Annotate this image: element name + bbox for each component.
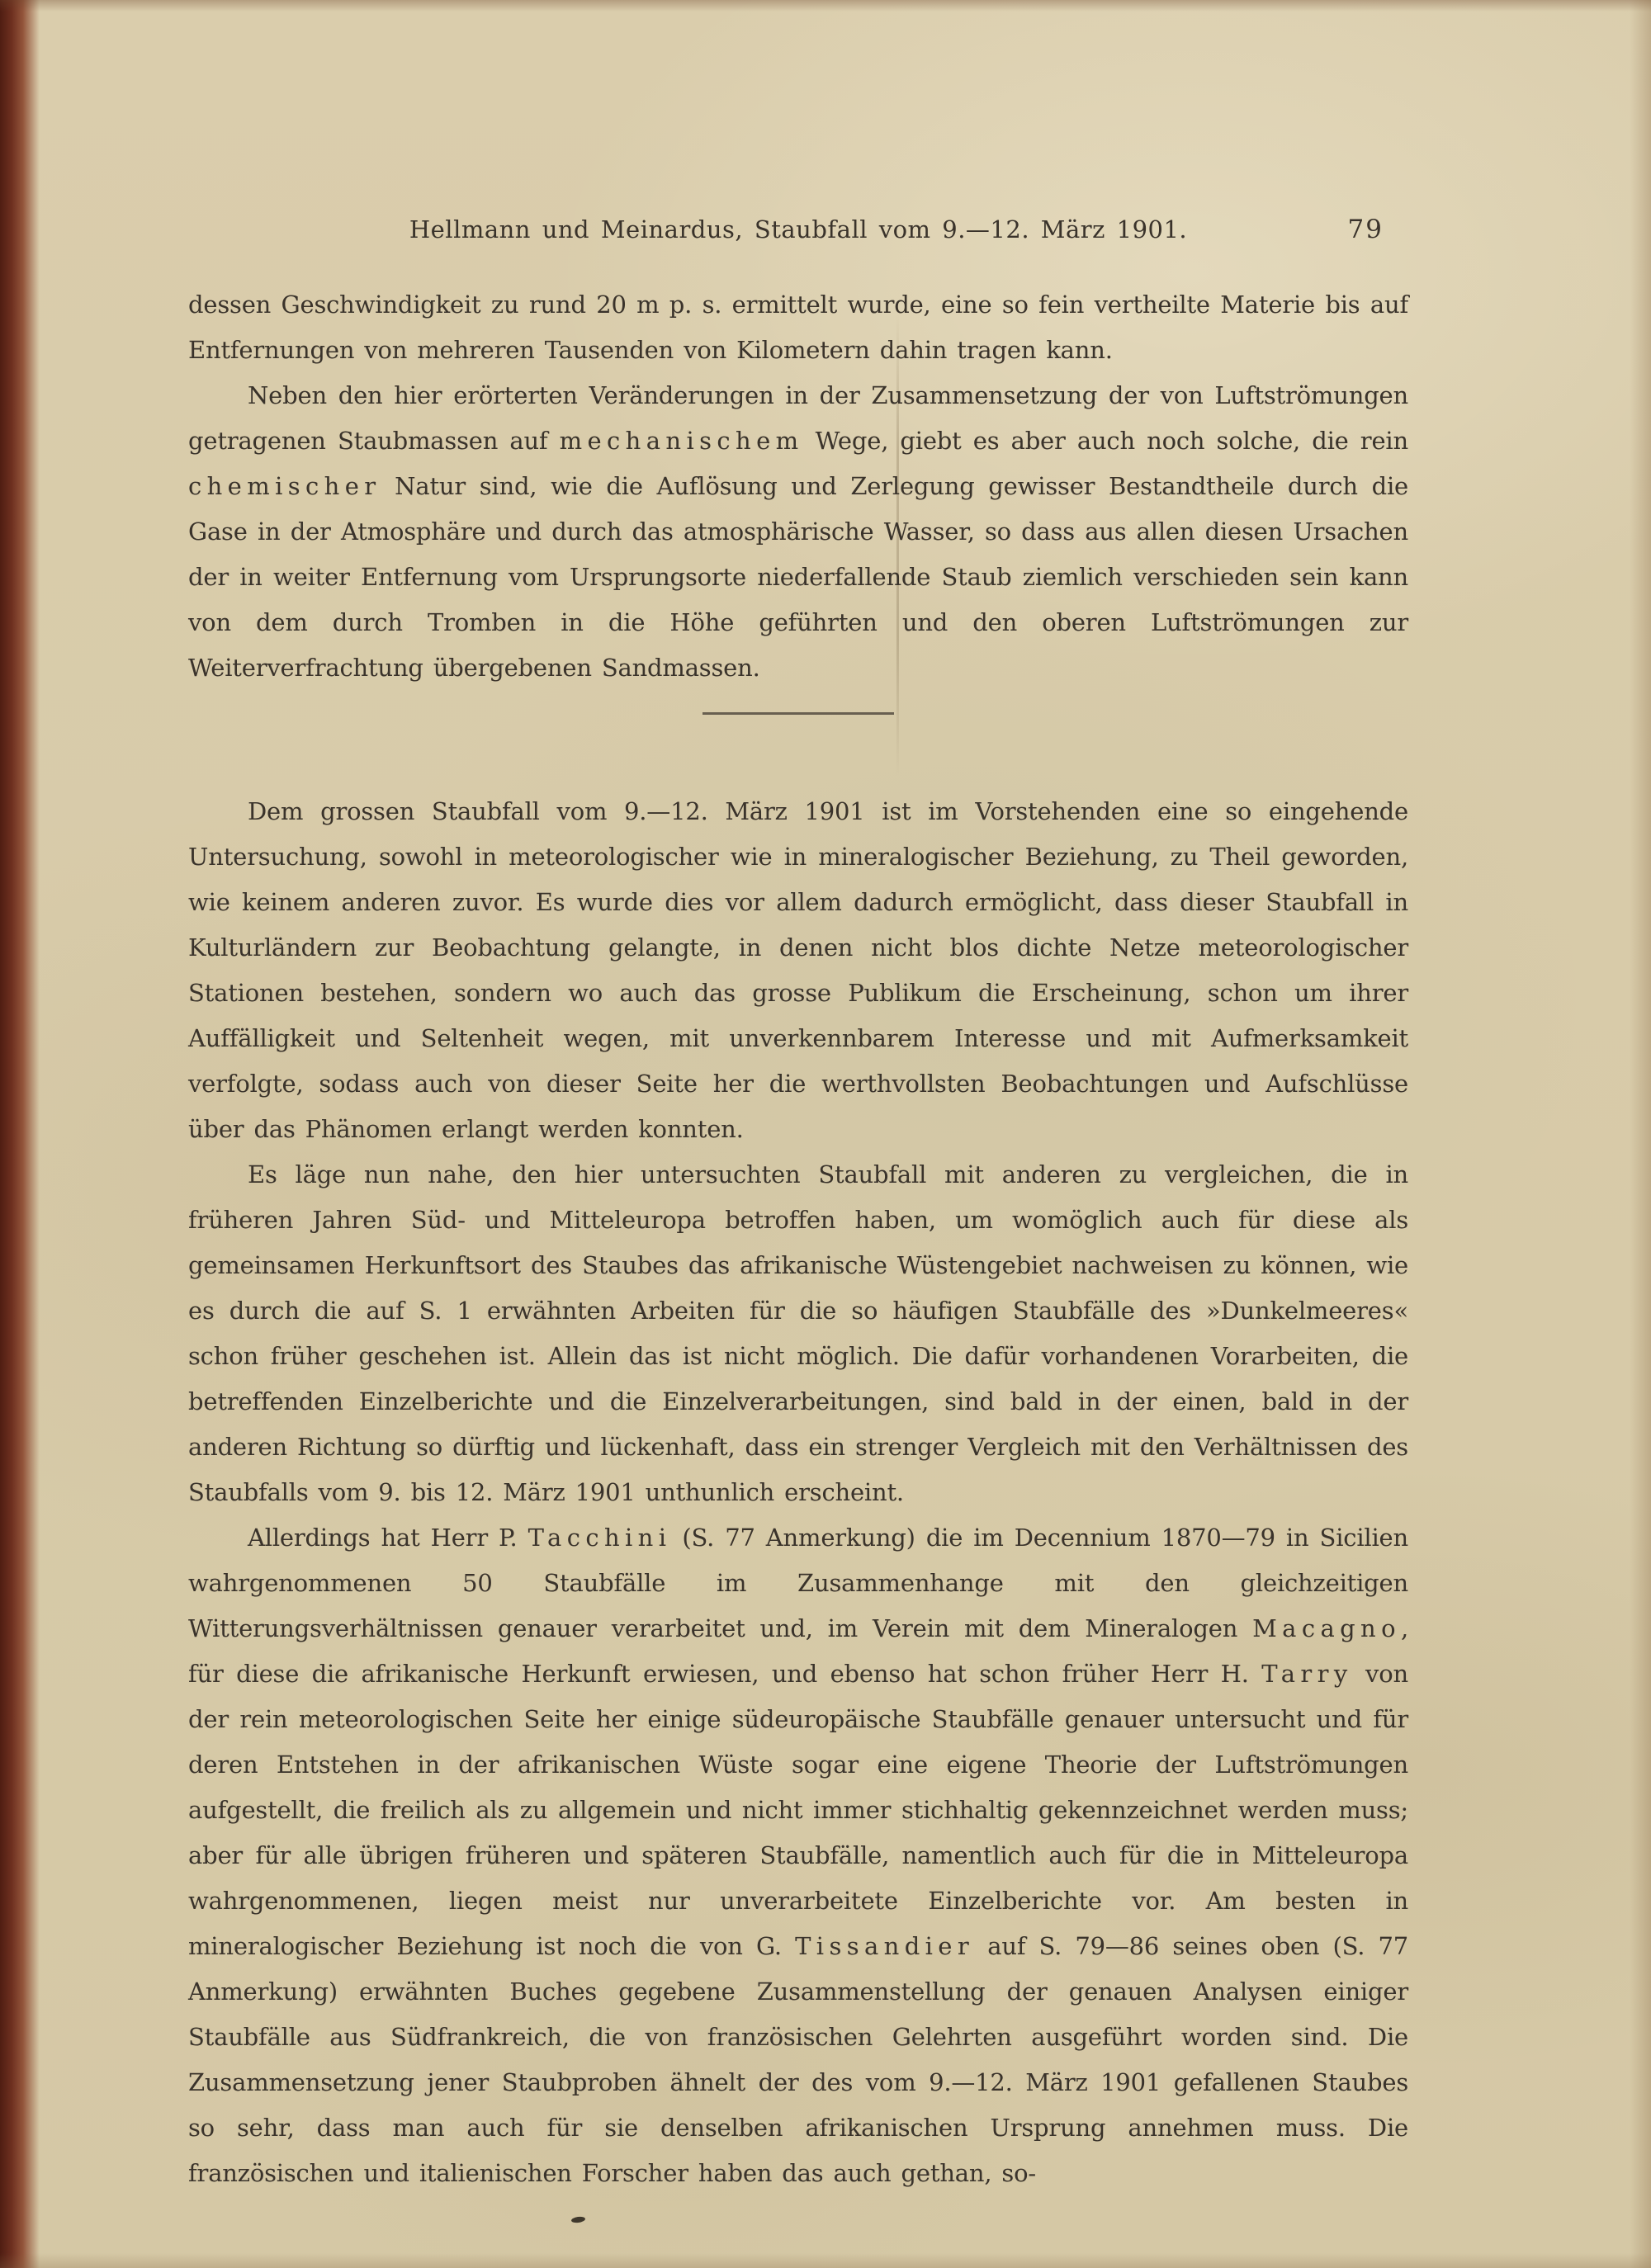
section-divider-rule (703, 712, 894, 715)
text-segment: auf S. 79—86 seines oben (S. 77 Anmerkun… (188, 1932, 1408, 2187)
book-gutter-edge (0, 0, 40, 2268)
letterspaced-emphasis: Tacchini (528, 1524, 672, 1552)
paragraph: Neben den hier erörterten Veränderungen … (188, 373, 1408, 691)
paragraph: Allerdings hat Herr P. Tacchini (S. 77 A… (188, 1515, 1408, 2196)
text-segment: Wege, giebt es aber auch noch solche, di… (804, 427, 1409, 455)
letterspaced-emphasis: Macagno (1252, 1614, 1401, 1642)
text-segment: von der rein meteorologischen Seite her … (188, 1660, 1408, 1960)
running-header-title: Hellmann und Meinardus, Staubfall vom 9.… (409, 215, 1187, 243)
running-header: Hellmann und Meinardus, Staubfall vom 9.… (188, 213, 1408, 246)
body-text: dessen Geschwindigkeit zu rund 20 m p. s… (188, 282, 1408, 2196)
letterspaced-emphasis: chemischer (188, 472, 381, 500)
text-segment: Dem grossen Staubfall vom 9.—12. März 19… (188, 797, 1408, 1143)
text-segment: Es läge nun nahe, den hier untersuchten … (188, 1160, 1408, 1506)
paragraph: dessen Geschwindigkeit zu rund 20 m p. s… (188, 282, 1408, 373)
paragraph: Dem grossen Staubfall vom 9.—12. März 19… (188, 789, 1408, 1152)
letterspaced-emphasis: Tarry (1261, 1660, 1352, 1688)
page-number: 79 (1348, 213, 1384, 246)
text-segment: Natur sind, wie die Auflösung und Zerleg… (188, 472, 1408, 682)
text-segment: Allerdings hat Herr P. (248, 1524, 528, 1552)
page-top-shadow (0, 0, 1651, 12)
paragraph: Es läge nun nahe, den hier untersuchten … (188, 1152, 1408, 1515)
page-bottom-shadow (0, 2253, 1651, 2268)
letterspaced-emphasis: Tissandier (795, 1932, 974, 1960)
text-segment: dessen Geschwindigkeit zu rund 20 m p. s… (188, 291, 1408, 364)
letterspaced-emphasis: mechanischem (560, 427, 804, 455)
page-right-shadow (1630, 0, 1651, 2268)
